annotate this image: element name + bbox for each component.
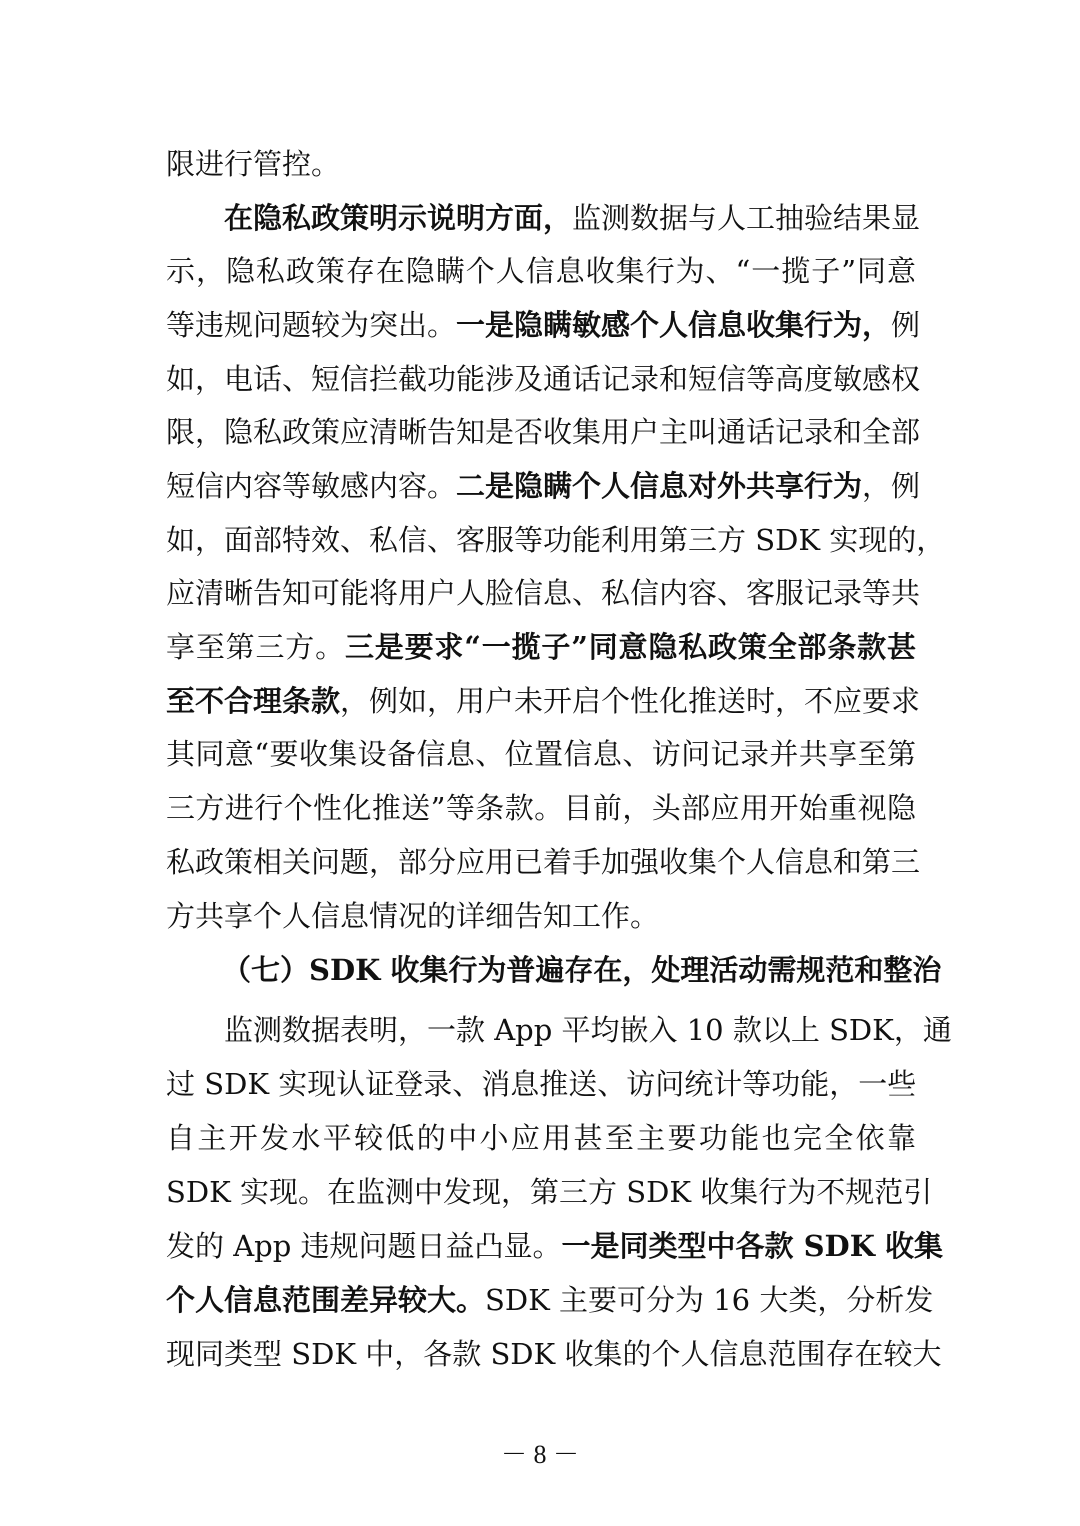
- text-span: ，例如，用户未开启个性化推送时，不应要求: [340, 684, 920, 718]
- text-line: 三方进行个性化推送”等条款。目前，头部应用开始重视隐: [166, 788, 916, 828]
- text-line: 私政策相关问题，部分应用已着手加强收集个人信息和第三: [166, 842, 916, 882]
- text-line: 方共享个人信息情况的详细告知工作。: [166, 896, 916, 936]
- text-span: SDK 实现。在监测中发现，第三方 SDK 收集行为不规范引: [166, 1175, 932, 1209]
- page-number: － 8 －: [0, 1438, 1080, 1472]
- text-line: 其同意“要收集设备信息、位置信息、访问记录并共享至第: [166, 734, 916, 774]
- text-line: 示，隐私政策存在隐瞒个人信息收集行为、“一揽子”同意: [166, 251, 916, 291]
- document-page: 限进行管控。在隐私政策明示说明方面，监测数据与人工抽验结果显示，隐私政策存在隐瞒…: [0, 0, 1080, 1526]
- text-span: 过 SDK 实现认证登录、消息推送、访问统计等功能，一些: [166, 1067, 916, 1101]
- text-span: 短信内容等敏感内容。: [166, 469, 456, 503]
- text-span: 现同类型 SDK 中，各款 SDK 收集的个人信息范围存在较大: [166, 1337, 941, 1371]
- text-span: 如，电话、短信拦截功能涉及通话记录和短信等高度敏感权: [166, 362, 920, 396]
- text-span: ，例: [862, 469, 920, 503]
- text-span: 监测数据表明，一款 App 平均嵌入 10 款以上 SDK，通: [224, 1013, 952, 1047]
- text-span: 限进行管控。: [166, 147, 340, 181]
- text-span: 如，面部特效、私信、客服等功能利用第三方 SDK 实现的，: [166, 523, 945, 557]
- text-line: 短信内容等敏感内容。二是隐瞒个人信息对外共享行为，例: [166, 466, 916, 506]
- text-line: SDK 实现。在监测中发现，第三方 SDK 收集行为不规范引: [166, 1172, 916, 1212]
- text-line: 限进行管控。: [166, 144, 916, 184]
- text-span: 监测数据与人工抽验结果显: [572, 201, 920, 235]
- bold-text: 至不合理条款: [166, 684, 340, 718]
- text-span: 限，隐私政策应清晰告知是否收集用户主叫通话记录和全部: [166, 415, 920, 449]
- text-span: 发的 App 违规问题日益凸显。: [166, 1229, 562, 1263]
- text-line: 发的 App 违规问题日益凸显。一是同类型中各款 SDK 收集: [166, 1226, 916, 1266]
- text-span: 等违规问题较为突出。: [166, 308, 456, 342]
- bold-text: 三是要求“一揽子”同意隐私政策全部条款甚: [345, 630, 916, 664]
- text-span: SDK 主要可分为 16 大类，分析发: [485, 1283, 933, 1317]
- text-line: 监测数据表明，一款 App 平均嵌入 10 款以上 SDK，通: [224, 1010, 916, 1050]
- text-line: 享至第三方。三是要求“一揽子”同意隐私政策全部条款甚: [166, 627, 916, 667]
- bold-text: 个人信息范围差异较大。: [166, 1283, 485, 1317]
- text-span: 其同意“要收集设备信息、位置信息、访问记录并共享至第: [166, 737, 916, 771]
- bold-text: （七）SDK 收集行为普遍存在，处理活动需规范和整治: [222, 953, 941, 987]
- text-line: 限，隐私政策应清晰告知是否收集用户主叫通话记录和全部: [166, 412, 916, 452]
- text-line: 如，面部特效、私信、客服等功能利用第三方 SDK 实现的，: [166, 520, 916, 560]
- bold-text: 在隐私政策明示说明方面，: [224, 201, 572, 235]
- text-line: 在隐私政策明示说明方面，监测数据与人工抽验结果显: [224, 198, 916, 238]
- text-line: 个人信息范围差异较大。SDK 主要可分为 16 大类，分析发: [166, 1280, 916, 1320]
- text-line: 自主开发水平较低的中小应用甚至主要功能也完全依靠: [166, 1118, 916, 1158]
- section-heading: （七）SDK 收集行为普遍存在，处理活动需规范和整治: [222, 950, 916, 990]
- text-span: 示，隐私政策存在隐瞒个人信息收集行为、“一揽子”同意: [166, 254, 916, 288]
- bold-text: 二是隐瞒个人信息对外共享行为: [456, 469, 862, 503]
- text-line: 应清晰告知可能将用户人脸信息、私信内容、客服记录等共: [166, 573, 916, 613]
- text-span: 享至第三方。: [166, 630, 345, 664]
- text-line: 等违规问题较为突出。一是隐瞒敏感个人信息收集行为，例: [166, 305, 916, 345]
- text-span: 私政策相关问题，部分应用已着手加强收集个人信息和第三: [166, 845, 920, 879]
- text-span: 应清晰告知可能将用户人脸信息、私信内容、客服记录等共: [166, 576, 920, 610]
- text-span: 三方进行个性化推送”等条款。目前，头部应用开始重视隐: [166, 791, 916, 825]
- text-line: 过 SDK 实现认证登录、消息推送、访问统计等功能，一些: [166, 1064, 916, 1104]
- text-span: 方共享个人信息情况的详细告知工作。: [166, 899, 659, 933]
- bold-text: 一是隐瞒敏感个人信息收集行为，: [456, 308, 891, 342]
- text-line: 现同类型 SDK 中，各款 SDK 收集的个人信息范围存在较大: [166, 1334, 916, 1374]
- text-span: 自主开发水平较低的中小应用甚至主要功能也完全依靠: [166, 1121, 916, 1155]
- bold-text: 一是同类型中各款 SDK 收集: [562, 1229, 944, 1263]
- text-span: 例: [891, 308, 920, 342]
- text-line: 如，电话、短信拦截功能涉及通话记录和短信等高度敏感权: [166, 359, 916, 399]
- text-line: 至不合理条款，例如，用户未开启个性化推送时，不应要求: [166, 681, 916, 721]
